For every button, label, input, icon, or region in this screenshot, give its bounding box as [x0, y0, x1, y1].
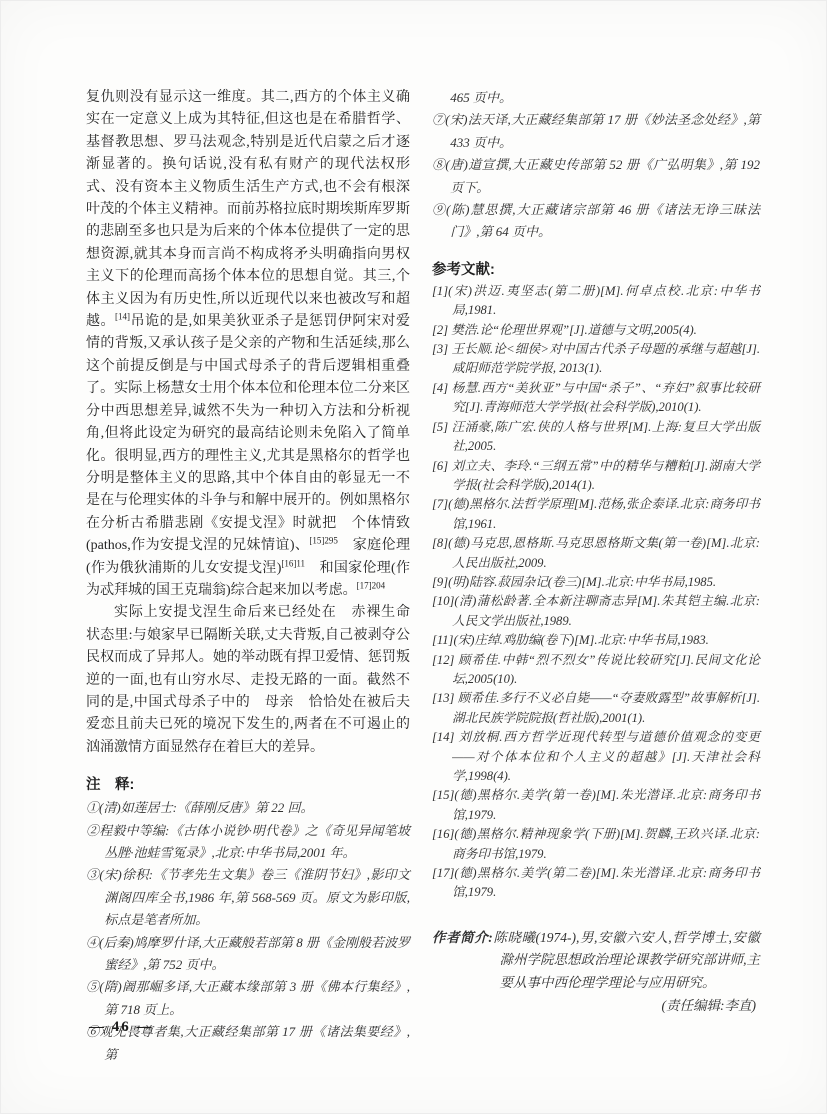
- citation-superscript-17: [17]204: [357, 580, 386, 590]
- reference-item: [9](明)陆容.菽园杂记(卷三)[M].北京:中华书局,1985.: [432, 573, 760, 592]
- reference-item: [14] 刘放桐.西方哲学近现代转型与道德价值观念的变更——对个体本位和个人主义…: [432, 728, 760, 786]
- note-item: ③(宋)徐积:《节孝先生文集》卷三《淮阴节妇》,影印文渊阁四库全书,1986 年…: [86, 864, 410, 931]
- author-bio-text: 陈晓曦(1974-),男,安徽六安人,哲学博士,安徽滁州学院思想政治理论课教学研…: [493, 930, 760, 990]
- reference-item: [6] 刘立夫、李玲.“三纲五常”中的精华与糟粕[J].湖南大学学报(社会科学版…: [432, 457, 760, 496]
- notes-header: 注 释:: [86, 773, 410, 794]
- reference-item: [2] 樊浩.论“伦理世界观”[J].道德与文明,2005(4).: [432, 321, 760, 340]
- note-item: ⑤(隋)阇那崛多译,大正藏本缘部第 3 册《佛本行集经》,第 718 页上。: [86, 976, 410, 1021]
- journal-page: 复仇则没有显示这一维度。其二,西方的个体主义确实在一定意义上成为其特征,但这也是…: [0, 0, 827, 1114]
- reference-item: [8](德)马克思,恩格斯.马克思恩格斯文集(第一卷)[M].北京:人民出版社,…: [432, 534, 760, 573]
- note-item: ②程毅中等编:《古体小说钞·明代卷》之《奇见异闻笔坡丛脞·池蛙雪冤录》,北京:中…: [86, 820, 410, 865]
- reference-item: [7](德)黑格尔.法哲学原理[M].范杨,张企泰译.北京:商务印书馆,1961…: [432, 495, 760, 534]
- note-continuation: 465 页中。: [432, 87, 760, 109]
- reference-item: [16](德)黑格尔.精神现象学(下册)[M].贺麟,王玖兴译.北京:商务印书馆…: [432, 825, 760, 864]
- note-item: ⑨(陈)慧思撰,大正藏诸宗部第 46 册《诸法无诤三昧法门》,第 64 页中。: [432, 199, 760, 244]
- reference-item: [5] 汪涌豪,陈广宏.侠的人格与世界[M].上海:复旦大学出版社,2005.: [432, 418, 760, 457]
- right-column: 465 页中。 ⑦(宋)法天译,大正藏经集部第 17 册《妙法圣念处经》,第 4…: [432, 87, 760, 1017]
- notes-list-right: ⑦(宋)法天译,大正藏经集部第 17 册《妙法圣念处经》,第 433 页中。⑧(…: [432, 109, 760, 243]
- paragraph-text: 复仇则没有显示这一维度。其二,西方的个体主义确实在一定意义上成为其特征,但这也是…: [86, 90, 410, 329]
- reference-item: [12] 顾希佳.中韩“烈不烈女”传说比较研究[J].民间文化论坛,2005(1…: [432, 651, 760, 690]
- note-item: ⑧(唐)道宣撰,大正藏史传部第 52 册《广弘明集》,第 192 页下。: [432, 154, 760, 199]
- body-paragraph-1: 复仇则没有显示这一维度。其二,西方的个体主义确实在一定意义上成为其特征,但这也是…: [86, 87, 410, 602]
- reference-item: [11](宋)庄绰.鸡肋编(卷下)[M].北京:中华书局,1983.: [432, 631, 760, 650]
- reference-item: [4] 杨慧.西方“美狄亚”与中国“杀子”、“弃妇”叙事比较研究[J].青海师范…: [432, 379, 760, 418]
- reference-item: [17](德)黑格尔.美学(第二卷)[M].朱光潜译.北京:商务印书馆,1979…: [432, 864, 760, 903]
- author-bio: 作者简介:陈晓曦(1974-),男,安徽六安人,哲学博士,安徽滁州学院思想政治理…: [432, 927, 760, 995]
- reference-item: [1](宋)洪迈.夷坚志(第二册)[M].何卓点校.北京:中华书局,1981.: [432, 282, 760, 321]
- citation-superscript-16: [16]11: [281, 558, 305, 568]
- note-item: ④(后秦)鸠摩罗什译,大正藏般若部第 8 册《金刚般若波罗蜜经》,第 752 页…: [86, 932, 410, 977]
- citation-superscript-15: [15]295: [309, 535, 338, 545]
- citation-superscript-14: [14]: [115, 311, 130, 321]
- reference-item: [3] 王长顺.论<细侯>对中国古代杀子母题的承继与超越[J].咸阳师范学院学报…: [432, 340, 760, 379]
- reference-item: [13] 顾希佳.多行不义必自毙——“夺妻败露型”故事解析[J].湖北民族学院院…: [432, 689, 760, 728]
- paragraph-text: 吊诡的是,如果美狄亚杀子是惩罚伊阿宋对爱情的背叛,又承认孩子是父亲的产物和生活延…: [86, 314, 410, 553]
- body-paragraph-2: 实际上安提戈涅生命后来已经处在 赤裸生命 状态里:与娘家早已隔断关联,丈夫背叛,…: [86, 602, 410, 759]
- reference-item: [10](清)蒲松龄著.全本新注聊斋志异[M].朱其铠主编.北京:人民文学出版社…: [432, 592, 760, 631]
- left-column: 复仇则没有显示这一维度。其二,西方的个体主义确实在一定意义上成为其特征,但这也是…: [86, 87, 410, 1066]
- page-number: — 46 —: [89, 1019, 154, 1036]
- author-bio-label: 作者简介:: [432, 930, 493, 945]
- editor-credit: (责任编辑:李直): [432, 995, 760, 1018]
- references-header: 参考文献:: [432, 258, 760, 279]
- references-list: [1](宋)洪迈.夷坚志(第二册)[M].何卓点校.北京:中华书局,1981.[…: [432, 282, 760, 903]
- reference-item: [15](德)黑格尔.美学(第一卷)[M].朱光潜译.北京:商务印书馆,1979…: [432, 786, 760, 825]
- note-item: ⑦(宋)法天译,大正藏经集部第 17 册《妙法圣念处经》,第 433 页中。: [432, 109, 760, 154]
- note-item: ①(清)如莲居士:《薛刚反唐》第 22 回。: [86, 797, 410, 819]
